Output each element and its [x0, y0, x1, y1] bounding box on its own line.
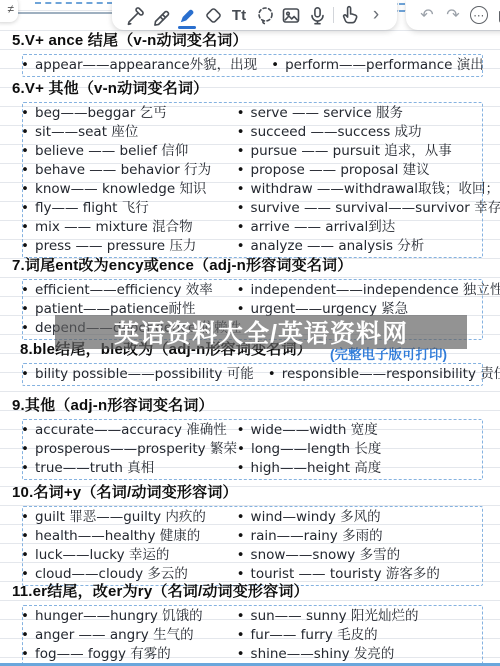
bullet: •: [21, 440, 29, 459]
word-item-right: •rain——rainy 多雨的: [237, 527, 478, 546]
word-pair-text: fly—— flight 飞行: [35, 200, 149, 216]
word-item-left: •luck——lucky 幸运的: [35, 546, 237, 565]
bullet: •: [21, 123, 29, 142]
word-pair-text: wide——width 宽度: [251, 422, 378, 438]
word-item-left: •behave —— behavior 行为: [35, 161, 237, 180]
word-pair-text: long——length 长度: [251, 441, 381, 457]
microphone-icon[interactable]: [304, 1, 330, 29]
word-pair-text: appear——appearance外貌，出现: [35, 57, 257, 73]
word-pair-text: high——height 高度: [251, 460, 382, 476]
word-item-right: •survive —— survival——survivor 幸存者: [237, 199, 500, 218]
word-pair-text: sun—— sunny 阳光灿烂的: [251, 608, 419, 624]
word-row: •luck——lucky 幸运的•snow——snowy 多雪的: [35, 546, 478, 565]
word-item-right: •responsible——responsibility 责任: [268, 365, 500, 384]
word-pair-text: fur—— furry 毛皮的: [251, 627, 378, 643]
word-item-left: •beg——beggar 乞丐: [35, 104, 237, 123]
word-row: •appear——appearance外貌，出现•perform——perfor…: [35, 56, 478, 75]
bullet: •: [237, 441, 245, 457]
bullet: •: [21, 218, 29, 237]
bullet: •: [271, 57, 279, 73]
word-item-right: •perform——performance 演出: [271, 56, 484, 75]
word-row: •beg——beggar 乞丐•serve —— service 服务: [35, 104, 478, 123]
word-item-left: •accurate——accuracy 准确性: [35, 421, 237, 440]
handwriting-selection-box[interactable]: •hunger——hungry 饥饿的•sun—— sunny 阳光灿烂的•an…: [22, 605, 483, 666]
more-glyph: ⋯: [470, 6, 488, 24]
word-pair-text: analyze —— analysis 分析: [251, 238, 425, 254]
word-pair-text: guilt 罪恶——guilty 内疚的: [35, 509, 206, 525]
bullet: •: [237, 646, 245, 662]
word-row: •hunger——hungry 饥饿的•sun—— sunny 阳光灿烂的: [35, 607, 478, 626]
bullet: •: [268, 366, 276, 382]
redo-icon[interactable]: ↷: [440, 1, 466, 29]
actions-toolbar: ↶↷⋯: [406, 0, 500, 30]
word-row: •mix —— mixture 混合物•arrive —— arrival到达: [35, 218, 478, 237]
highlighter-icon[interactable]: [148, 1, 174, 29]
bullet: •: [21, 237, 29, 256]
bullet: •: [237, 105, 245, 121]
bullet: •: [21, 199, 29, 218]
bullet: •: [237, 422, 245, 438]
bullet: •: [21, 421, 29, 440]
handwriting-selection-box[interactable]: •appear——appearance外貌，出现•perform——perfor…: [22, 54, 483, 77]
watermark-banner: 英语资料大全/英语资料网: [55, 315, 467, 349]
word-item-right: •propose —— proposal 建议: [237, 161, 478, 180]
word-row: •behave —— behavior 行为•propose —— propos…: [35, 161, 478, 180]
word-row: •believe —— belief 信仰•pursue —— pursuit …: [35, 142, 478, 161]
pen-icon[interactable]: [122, 1, 148, 29]
image-icon[interactable]: [278, 1, 304, 29]
word-item-left: •guilt 罪恶——guilty 内疚的: [35, 508, 237, 527]
word-pair-text: anger —— angry 生气的: [35, 627, 194, 643]
word-row: •guilt 罪恶——guilty 内疚的•wind—windy 多风的: [35, 508, 478, 527]
pointer-hand-icon[interactable]: [337, 1, 363, 29]
word-pair-text: pursue —— pursuit 追求，从事: [251, 143, 452, 159]
section-title: 7.词尾ent改为ency或ence（adj-n形容词变名词）: [12, 257, 500, 275]
section-title: 9.其他（adj-n形容词变名词）: [12, 397, 500, 415]
word-item-left: •mix —— mixture 混合物: [35, 218, 237, 237]
word-pair-text: serve —— service 服务: [251, 105, 403, 121]
bullet: •: [21, 508, 29, 527]
word-pair-text: responsible——responsibility 责任: [282, 366, 500, 382]
bullet: •: [21, 626, 29, 645]
word-row: •bility possible——possibility 可能•respons…: [35, 365, 478, 384]
word-pair-text: withdraw ——withdrawal取钱；收回；: [251, 181, 499, 197]
section-title: 5.V+ ance 结尾（v-n动词变名词）: [12, 32, 500, 50]
word-pair-text: mix —— mixture 混合物: [35, 219, 193, 235]
word-pair-text: wind—windy 多风的: [251, 509, 381, 525]
more-icon[interactable]: ⋯: [466, 1, 492, 29]
bullet: •: [21, 645, 29, 664]
word-row: •efficient——efficiency 效率•independent——i…: [35, 281, 478, 300]
bullet: •: [21, 565, 29, 584]
word-pair-text: cloud——cloudy 多云的: [35, 566, 188, 582]
bullet: •: [21, 365, 29, 384]
word-pair-text: tourist —— touristy 游客多的: [251, 566, 440, 582]
bullet: •: [237, 238, 245, 254]
word-item-right: •withdraw ——withdrawal取钱；收回；: [237, 180, 499, 199]
bullet: •: [237, 460, 245, 476]
word-pair-text: accurate——accuracy 准确性: [35, 422, 227, 438]
undo-icon[interactable]: ↶: [414, 1, 440, 29]
word-item-right: •arrive —— arrival到达: [237, 218, 478, 237]
word-pair-text: health——healthy 健康的: [35, 528, 200, 544]
word-pair-text: sit——seat 座位: [35, 124, 138, 140]
word-item-left: •believe —— belief 信仰: [35, 142, 237, 161]
bullet: •: [237, 143, 245, 159]
bullet: •: [237, 124, 245, 140]
bullet: •: [237, 627, 245, 643]
bullet: •: [237, 566, 245, 582]
handwriting-selection-box[interactable]: •accurate——accuracy 准确性•wide——width 宽度•p…: [22, 419, 483, 480]
eraser-icon[interactable]: [200, 1, 226, 29]
word-pair-text: survive —— survival——survivor 幸存者: [251, 200, 500, 216]
word-item-left: •hunger——hungry 饥饿的: [35, 607, 237, 626]
bullet: •: [237, 282, 245, 298]
section: 5.V+ ance 结尾（v-n动词变名词）•appear——appearanc…: [0, 32, 500, 77]
bullet: •: [21, 546, 29, 565]
word-pair-text: prosperous——prosperity 繁荣: [35, 441, 237, 457]
word-row: •accurate——accuracy 准确性•wide——width 宽度: [35, 421, 478, 440]
word-pair-text: fog—— foggy 有雾的: [35, 646, 171, 662]
bullet: •: [237, 162, 245, 178]
word-pair-text: hunger——hungry 饥饿的: [35, 608, 203, 624]
bullet: •: [237, 219, 245, 235]
word-pair-text: rain——rainy 多雨的: [251, 528, 383, 544]
word-item-left: •appear——appearance外貌，出现: [35, 56, 257, 75]
chevron-right-icon[interactable]: ›: [363, 1, 389, 29]
word-pair-text: independent——independence 独立性: [251, 282, 500, 298]
handwriting-selection-box[interactable]: •beg——beggar 乞丐•serve —— service 服务•sit—…: [22, 102, 483, 258]
word-item-right: •sun—— sunny 阳光灿烂的: [237, 607, 478, 626]
word-pair-text: snow——snowy 多雪的: [251, 547, 401, 563]
word-item-left: •health——healthy 健康的: [35, 527, 237, 546]
bullet: •: [237, 509, 245, 525]
section: 11.er结尾，改er为ry（名词/动词变形容词）•hunger——hungry…: [0, 583, 500, 666]
word-pair-text: shine——shiny 发亮的: [251, 646, 395, 662]
marker-icon[interactable]: [174, 1, 200, 29]
word-item-right: •analyze —— analysis 分析: [237, 237, 478, 256]
bullet: •: [21, 142, 29, 161]
handwriting-selection-box[interactable]: •guilt 罪恶——guilty 内疚的•wind—windy 多风的•hea…: [22, 506, 483, 586]
selection-edge-fragment: [35, 2, 113, 4]
bullet: •: [21, 300, 29, 319]
section-title: 10.名词+y（名词/动词变形容词）: [12, 484, 500, 502]
word-item-left: •know—— knowledge 知识: [35, 180, 237, 199]
word-item-left: •fog—— foggy 有雾的: [35, 645, 237, 664]
word-row: •cloud——cloudy 多云的•tourist —— touristy 游…: [35, 565, 478, 584]
notes-app-window: ≠ Tt› ↶↷⋯ 5.V+ ance 结尾（v-n动词变名词）•appear—…: [0, 0, 500, 666]
word-item-right: •tourist —— touristy 游客多的: [237, 565, 478, 584]
watermark-text: 英语资料大全/英语资料网: [114, 314, 408, 350]
word-pair-text: know—— knowledge 知识: [35, 181, 206, 197]
word-item-right: •high——height 高度: [237, 459, 478, 478]
word-pair-text: believe —— belief 信仰: [35, 143, 188, 159]
word-item-left: •fly—— flight 飞行: [35, 199, 237, 218]
word-item-right: •independent——independence 独立性: [237, 281, 500, 300]
word-item-right: •shine——shiny 发亮的: [237, 645, 478, 664]
word-item-right: •pursue —— pursuit 追求，从事: [237, 142, 478, 161]
word-row: •true——truth 真相•high——height 高度: [35, 459, 478, 478]
bullet: •: [21, 607, 29, 626]
bullet: •: [237, 528, 245, 544]
bullet: •: [21, 281, 29, 300]
section-title: 6.V+ 其他（v-n动词变名词）: [12, 80, 500, 98]
word-pair-text: efficient——efficiency 效率: [35, 282, 213, 298]
section: 6.V+ 其他（v-n动词变名词）•beg——beggar 乞丐•serve —…: [0, 80, 500, 258]
word-pair-text: arrive —— arrival到达: [251, 219, 396, 235]
word-row: •fly—— flight 飞行•survive —— survival——su…: [35, 199, 478, 218]
toolbar-divider: [333, 7, 334, 23]
word-item-left: •anger —— angry 生气的: [35, 626, 237, 645]
bullet: •: [21, 527, 29, 546]
text-tool-icon[interactable]: Tt: [226, 1, 252, 29]
word-item-left: •bility possible——possibility 可能: [35, 365, 254, 384]
word-item-right: •long——length 长度: [237, 440, 478, 459]
section: 9.其他（adj-n形容词变名词）•accurate——accuracy 准确性…: [0, 397, 500, 480]
pages-icon[interactable]: [492, 1, 500, 29]
word-item-right: •wind—windy 多风的: [237, 508, 478, 527]
word-item-right: •succeed ——success 成功: [237, 123, 478, 142]
word-row: •sit——seat 座位•succeed ——success 成功: [35, 123, 478, 142]
bullet: •: [237, 608, 245, 624]
lasso-icon[interactable]: [252, 1, 278, 29]
word-pair-text: behave —— behavior 行为: [35, 162, 211, 178]
word-row: •health——healthy 健康的•rain——rainy 多雨的: [35, 527, 478, 546]
word-item-right: •wide——width 宽度: [237, 421, 478, 440]
section-title: 11.er结尾，改er为ry（名词/动词变形容词）: [12, 583, 500, 601]
word-item-left: •prosperous——prosperity 繁荣: [35, 440, 237, 459]
word-pair-text: beg——beggar 乞丐: [35, 105, 167, 121]
word-item-right: •fur—— furry 毛皮的: [237, 626, 478, 645]
word-item-right: •snow——snowy 多雪的: [237, 546, 478, 565]
word-pair-text: press —— pressure 压力: [35, 238, 196, 254]
word-pair-text: propose —— proposal 建议: [251, 162, 430, 178]
word-item-left: •press —— pressure 压力: [35, 237, 237, 256]
bullet: •: [21, 104, 29, 123]
ruled-line-fragment: [14, 12, 114, 14]
word-pair-text: bility possible——possibility 可能: [35, 366, 254, 382]
bullet: •: [21, 161, 29, 180]
word-pair-text: succeed ——success 成功: [251, 124, 422, 140]
word-item-left: •sit——seat 座位: [35, 123, 237, 142]
word-row: •anger —— angry 生气的•fur—— furry 毛皮的: [35, 626, 478, 645]
word-row: •fog—— foggy 有雾的•shine——shiny 发亮的: [35, 645, 478, 664]
word-row: •press —— pressure 压力•analyze —— analysi…: [35, 237, 478, 256]
bullet: •: [237, 547, 245, 563]
bullet: •: [237, 181, 245, 197]
word-item-right: •serve —— service 服务: [237, 104, 478, 123]
bullet: •: [237, 200, 245, 216]
word-pair-text: perform——performance 演出: [285, 57, 484, 73]
word-item-left: •true——truth 真相: [35, 459, 237, 478]
word-item-left: •cloud——cloudy 多云的: [35, 565, 237, 584]
bullet: •: [21, 459, 29, 478]
word-row: •prosperous——prosperity 繁荣•long——length …: [35, 440, 478, 459]
word-row: •know—— knowledge 知识•withdraw ——withdraw…: [35, 180, 478, 199]
section: 10.名词+y（名词/动词变形容词）•guilt 罪恶——guilty 内疚的•…: [0, 484, 500, 586]
bullet: •: [21, 56, 29, 75]
word-pair-text: true——truth 真相: [35, 460, 154, 476]
word-pair-text: luck——lucky 幸运的: [35, 547, 169, 563]
tools-toolbar: Tt›: [112, 0, 397, 30]
word-item-left: •efficient——efficiency 效率: [35, 281, 237, 300]
collapse-icon[interactable]: ≠: [0, 0, 18, 22]
bullet: •: [21, 180, 29, 199]
bullet: •: [21, 319, 29, 338]
handwriting-selection-box[interactable]: •bility possible——possibility 可能•respons…: [22, 363, 483, 386]
